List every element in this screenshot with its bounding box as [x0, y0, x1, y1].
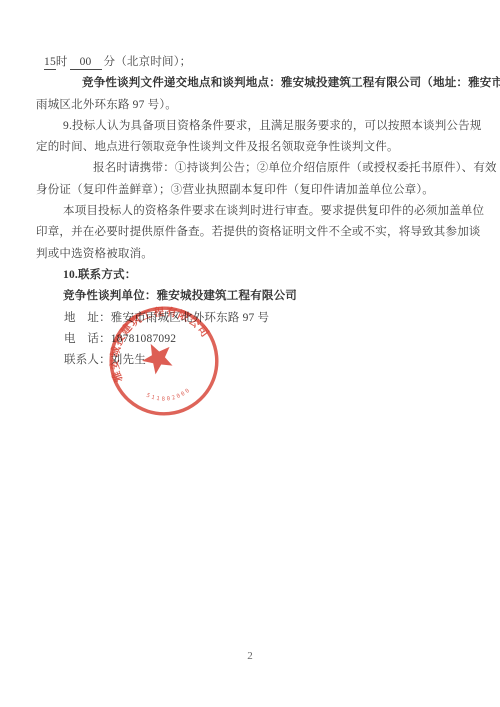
time-line: 15时00分（北京时间）； [36, 52, 466, 73]
doc-line-qualification-3: 判或中选资格被取消。 [36, 244, 466, 265]
time-tail: 分（北京时间）； [104, 56, 192, 68]
doc-line-item10-contact: 10.联系方式： [36, 265, 466, 286]
seal-star-icon [137, 337, 178, 377]
time-hour: 15 [44, 55, 56, 70]
doc-line-qualification-1: 本项目投标人的资格条件要求在谈判时进行审查。要求提供复印件的必须加盖单位 [36, 201, 466, 222]
doc-line-bring-1: 报名时请携带：①持谈判公告；②单位介绍信原件（或授权委托书原件）、有效 [36, 158, 466, 179]
doc-line-bring-2: 身份证（复印件盖鲜章）；③营业执照副本复印件（复印件请加盖单位公章）。 [36, 180, 466, 201]
doc-line-item9-2: 定的时间、地点进行领取竞争性谈判文件及报名领取竞争性谈判文件。 [36, 137, 466, 158]
doc-line-delivery-place-2: 雨城区北外环东路 97 号）。 [36, 95, 466, 116]
doc-line-delivery-place-1: 竞争性谈判文件递交地点和谈判地点：雅安城投建筑工程有限公司（地址：雅安市 [36, 73, 466, 94]
time-minute: 00 [70, 55, 102, 70]
time-hour-unit: 时 [56, 56, 68, 68]
doc-line-qualification-2: 印章，并在必要时提供原件备查。若提供的资格证明文件不全或不实，将导致其参加谈 [36, 222, 466, 243]
page-number: 2 [0, 650, 500, 662]
document-page: 15时00分（北京时间）； 竞争性谈判文件递交地点和谈判地点：雅安城投建筑工程有… [0, 0, 500, 707]
company-seal: 雅安城投建筑工程有限公司 511802000 [97, 294, 231, 428]
doc-line-item9-1: 9.投标人认为具备项目资格条件要求，且满足服务要求的，可以按照本谈判公告规 [36, 116, 466, 137]
